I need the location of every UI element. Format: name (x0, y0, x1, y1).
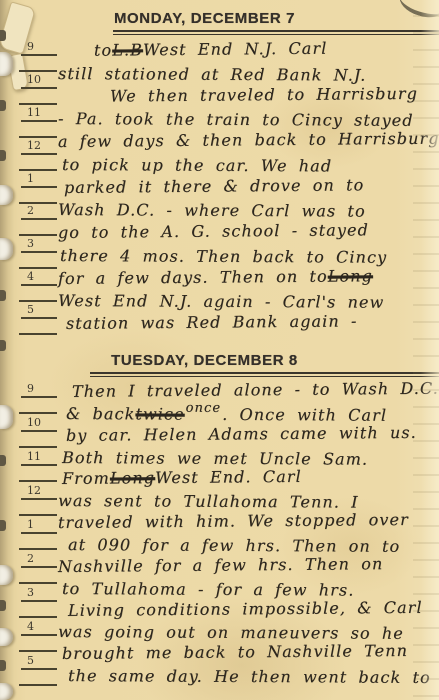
hour-label: 10 (27, 416, 41, 429)
handwriting-line: to L.B West End N.J. Carl (58, 34, 439, 60)
hour-rule (21, 251, 57, 253)
half-hour-rule (19, 333, 57, 335)
binder-hole (0, 238, 13, 260)
binder-ring-mark (0, 600, 6, 611)
binder-ring-mark (0, 290, 6, 301)
struck-text: L.B (112, 40, 143, 59)
hour-label: 12 (27, 484, 41, 497)
hour-label: 5 (27, 303, 34, 316)
handwriting-line: brought me back to Nashville Tenn (58, 638, 439, 663)
hour-rule (21, 464, 57, 466)
day-header: MONDAY, DECEMBER 7 (18, 10, 439, 27)
diary-scan-page: MONDAY, DECEMBER 7 910111212345 to L.B W… (0, 0, 439, 700)
hour-rule (21, 566, 57, 568)
binder-hole (0, 565, 13, 585)
hour-label: 3 (27, 237, 34, 250)
half-hour-rule (19, 169, 57, 171)
hour-label: 9 (27, 382, 34, 395)
binder-ring-mark (0, 455, 6, 466)
half-hour-rule (19, 103, 57, 105)
handwriting-line: traveled with him. We stopped over (58, 507, 439, 532)
page-content: MONDAY, DECEMBER 7 910111212345 to L.B W… (18, 0, 439, 700)
day-body: 910111212345 to L.B West End N.J. Carlst… (18, 37, 439, 337)
inserted-text: once (186, 400, 222, 415)
half-hour-rule (19, 412, 57, 414)
hour-rule (21, 498, 57, 500)
hour-rule (21, 186, 57, 188)
handwriting-line: go to the A. G. school - stayed (58, 216, 439, 242)
torn-binder-edge (0, 0, 18, 700)
binder-ring-mark (0, 660, 6, 671)
hour-label: 9 (27, 40, 34, 53)
struck-text: Long (110, 468, 155, 487)
half-hour-rule (19, 548, 57, 550)
binder-ring-mark (0, 30, 6, 41)
hour-label: 1 (27, 172, 34, 185)
hour-label: 3 (27, 586, 34, 599)
hour-rule (21, 634, 57, 636)
handwriting-line: station was Red Bank again - (58, 307, 439, 333)
binder-ring-mark (0, 100, 6, 111)
handwriting-line: Then I traveled alone - to Wash D.C. (58, 376, 439, 401)
binder-hole (0, 52, 13, 76)
hour-label: 1 (27, 518, 34, 531)
half-hour-rule (19, 70, 57, 72)
hour-rule (21, 218, 57, 220)
day-section-tuesday: TUESDAY, DECEMBER 8 910111212345 Then I … (18, 352, 439, 698)
struck-text: Long (328, 266, 373, 285)
hour-label: 5 (27, 654, 34, 667)
half-hour-rule (19, 300, 57, 302)
binder-ring-mark (0, 150, 6, 161)
hour-label: 4 (27, 620, 34, 633)
hour-rule (21, 430, 57, 432)
binder-hole (0, 683, 13, 700)
half-hour-rule (19, 514, 57, 516)
handwriting-lines: Then I traveled alone - to Wash D.C.& ba… (58, 379, 439, 685)
hour-rule (21, 396, 57, 398)
half-hour-rule (19, 650, 57, 652)
handwriting-line: by car. Helen Adams came with us. (58, 419, 439, 444)
binder-ring-mark (0, 340, 6, 351)
day-header: TUESDAY, DECEMBER 8 (18, 352, 439, 369)
day-body: 910111212345 Then I traveled alone - to … (18, 379, 439, 689)
day-section-monday: MONDAY, DECEMBER 7 910111212345 to L.B W… (18, 10, 439, 350)
hour-rule (21, 600, 57, 602)
handwriting-line: From Long West End. Carl (58, 463, 439, 488)
binder-hole (0, 628, 13, 646)
hour-label: 2 (27, 552, 34, 565)
half-hour-rule (19, 684, 57, 686)
half-hour-rule (19, 446, 57, 448)
hour-label: 11 (27, 450, 41, 463)
half-hour-rule (19, 202, 57, 204)
struck-text: twice (135, 404, 184, 423)
hour-label: 12 (27, 139, 41, 152)
hour-rule (21, 87, 57, 89)
half-hour-rule (19, 616, 57, 618)
half-hour-rule (19, 136, 57, 138)
handwriting-line: We then traveled to Harrisburg (58, 79, 439, 105)
hour-rule (21, 120, 57, 122)
half-hour-rule (19, 267, 57, 269)
handwriting-line: Living conditions impossible, & Carl (58, 594, 439, 619)
half-hour-rule (19, 480, 57, 482)
hour-rule (21, 668, 57, 670)
hour-rule (21, 153, 57, 155)
handwriting-line: the same day. He then went back to (58, 663, 439, 687)
handwriting-line: parked it there & drove on to (58, 170, 439, 196)
binder-hole (0, 405, 13, 429)
hour-label: 11 (27, 106, 41, 119)
hour-rule (21, 532, 57, 534)
half-hour-rule (19, 234, 57, 236)
hour-label: 2 (27, 204, 34, 217)
handwriting-line: Nashville for a few hrs. Then on (58, 551, 439, 576)
binder-hole (0, 185, 13, 205)
hour-label: 10 (27, 73, 41, 86)
handwriting-lines: to L.B West End N.J. Carlstill stationed… (58, 37, 439, 333)
binder-ring-mark (0, 520, 6, 531)
handwriting-line: a few days & then back to Harrisburg (58, 125, 439, 151)
hour-rule (21, 317, 57, 319)
hour-rule (21, 54, 57, 56)
handwriting-line: for a few days. Then on to Long (58, 261, 439, 287)
hour-label: 4 (27, 270, 34, 283)
half-hour-rule (19, 582, 57, 584)
hour-rule (21, 284, 57, 286)
